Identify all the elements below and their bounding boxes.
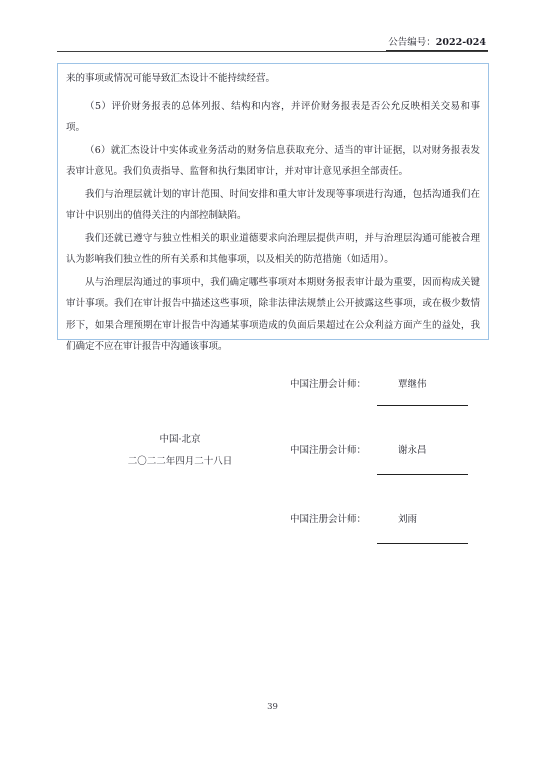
paragraph: （5）评价财务报表的总体列报、结构和内容，并评价财务报表是否公允反映相关交易和事… <box>66 96 480 139</box>
cpa-name: 覃继伟 <box>398 378 427 392</box>
cpa-label: 中国注册会计师： <box>290 444 366 458</box>
signature-row-1: 中国注册会计师： 覃继伟 <box>290 378 485 392</box>
signature-row-3: 中国注册会计师： 刘雨 <box>290 513 485 527</box>
place-date-block: 中国·北京 二〇二二年四月二十八日 <box>92 429 268 473</box>
paragraph: 来的事项或情况可能导致汇杰设计不能持续经营。 <box>66 68 480 90</box>
signature-line <box>377 405 468 406</box>
paragraph: 从与治理层沟通过的事项中，我们确定哪些事项对本期财务报表审计最为重要，因而构成关… <box>66 272 480 358</box>
paragraph: 我们还就已遵守与独立性相关的职业道德要求向治理层提供声明，并与治理层沟通可能被合… <box>66 228 480 271</box>
announcement-value: 2022-024 <box>436 37 486 48</box>
announcement-number: 公告编号：2022-024 <box>386 36 488 51</box>
page-number: 39 <box>0 702 545 712</box>
signature-line <box>377 474 468 475</box>
cpa-name: 谢永昌 <box>398 444 427 458</box>
report-date: 二〇二二年四月二十八日 <box>92 451 268 473</box>
cpa-label: 中国注册会计师： <box>290 378 366 392</box>
announcement-label: 公告编号： <box>388 37 436 48</box>
paragraph: 我们与治理层就计划的审计范围、时间安排和重大审计发现等事项进行沟通，包括沟通我们… <box>66 184 480 227</box>
cpa-label: 中国注册会计师： <box>290 513 366 527</box>
cpa-name: 刘雨 <box>398 513 417 527</box>
signature-row-2: 中国注册会计师： 谢永昌 <box>290 444 485 458</box>
place: 中国·北京 <box>92 429 268 451</box>
header-divider <box>57 51 488 52</box>
document-page: 公告编号：2022-024 来的事项或情况可能导致汇杰设计不能持续经营。 （5）… <box>0 0 545 771</box>
paragraph: （6）就汇杰设计中实体或业务活动的财务信息获取充分、适当的审计证据，以对财务报表… <box>66 140 480 183</box>
signature-line <box>377 543 468 544</box>
audit-text-box: 来的事项或情况可能导致汇杰设计不能持续经营。 （5）评价财务报表的总体列报、结构… <box>57 63 489 340</box>
